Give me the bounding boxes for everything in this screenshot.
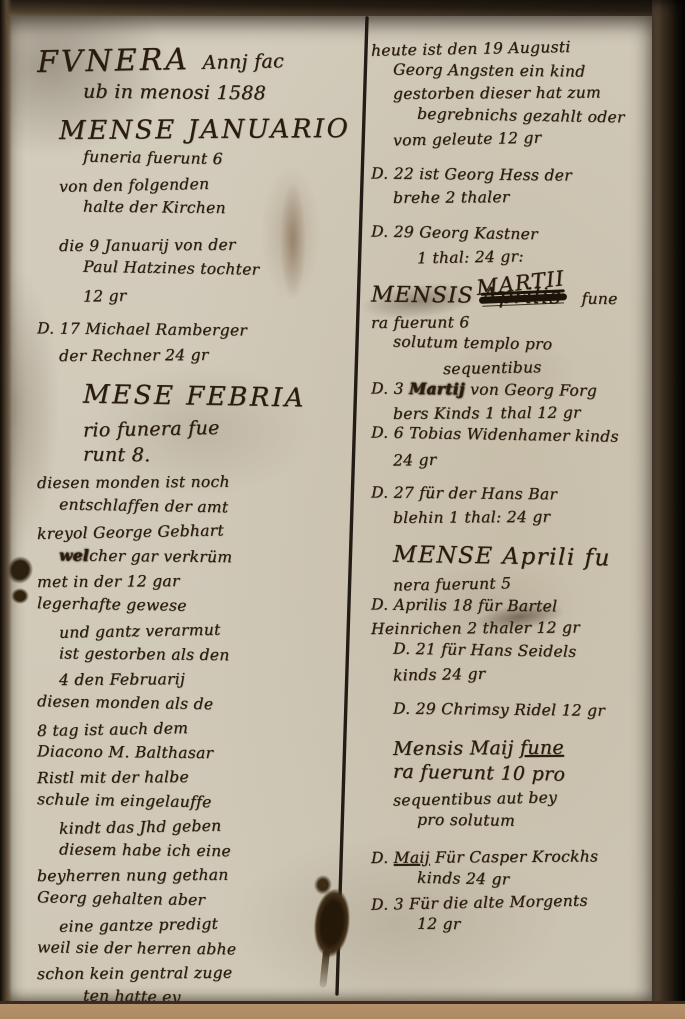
text-fragment: Ristl mit der halbe	[37, 768, 189, 787]
manuscript-line: sequentibus	[443, 357, 655, 377]
manuscript-line: D. 3 Für die alte Morgents	[371, 892, 655, 913]
text-fragment: cher gar verkrüm	[89, 546, 232, 565]
manuscript-line: FVNERA Annj fac	[37, 42, 354, 78]
text-fragment: heute ist den 19 Augusti	[371, 38, 571, 60]
manuscript-line: brehe 2 thaler	[393, 189, 655, 206]
text-fragment: Heinrichen 2 thaler 12 gr	[371, 619, 580, 638]
manuscript-line: diesen monden ist noch	[37, 474, 353, 492]
text-fragment: D. 6 Tobias Widenhamer kinds	[371, 423, 619, 445]
text-fragment: ist gestorben als den	[59, 644, 230, 664]
manuscript-line: 12 gr	[417, 916, 655, 934]
manuscript-line: bers Kinds 1 thal 12 gr	[393, 405, 655, 422]
manuscript-line: ist gestorben als den	[59, 646, 353, 665]
manuscript-line: D. 22 ist Georg Hess der	[371, 166, 655, 185]
manuscript-line: 12 gr	[83, 284, 353, 305]
manuscript-line: die 9 Januarij von der	[59, 236, 353, 254]
text-fragment: Mensis Maij	[393, 737, 520, 760]
text-fragment: Paul Hatzines tochter	[83, 258, 260, 279]
text-fragment: entschlaffen der amt	[59, 495, 229, 516]
text-fragment: 1 thal: 24 gr:	[417, 247, 524, 267]
text-fragment: 4 den Februarij	[59, 670, 185, 689]
right-column-text: heute ist den 19 AugustiGeorg Angsten ei…	[371, 34, 655, 933]
manuscript-line: D. Aprilis 18 für Bartel	[371, 597, 655, 616]
text-fragment: diesen monden ist noch	[37, 473, 230, 492]
manuscript-line: diesem habe ich eine	[59, 842, 353, 861]
text-fragment: pro solutum	[417, 810, 515, 829]
manuscript-line: runt 8.	[83, 446, 353, 468]
manuscript-line: Ristl mit der halbe	[37, 769, 353, 787]
manuscript-line: solutum templo pro	[393, 335, 655, 355]
text-fragment: und gantz verarmut	[59, 621, 221, 642]
text-fragment: rio funera fue	[83, 417, 220, 442]
manuscript-line: begrebnichs gezahlt oder	[417, 106, 655, 126]
manuscript-line: schon kein gentral zuge	[37, 965, 353, 983]
text-fragment: D.	[371, 849, 394, 867]
manuscript-line: legerhafte gewese	[37, 596, 353, 617]
text-fragment: D. 3	[371, 379, 409, 397]
manuscript-line: D. 21 für Hans Seidels	[393, 641, 655, 661]
text-fragment: ub in menosi 1588	[83, 81, 266, 105]
manuscript-line: entschlaffen der amt	[59, 497, 353, 518]
text-fragment: bers Kinds 1 thal 12 gr	[393, 403, 581, 422]
text-fragment: MENSE JANUARIO	[59, 114, 351, 146]
text-fragment: Georg Angsten ein kind	[393, 60, 586, 80]
text-fragment: diesem habe ich eine	[59, 840, 231, 860]
text-fragment: Georg gehalten aber	[37, 888, 205, 909]
text-fragment: Martij	[409, 379, 465, 399]
text-fragment: legerhafte gewese	[37, 594, 187, 615]
manuscript-line: ra fuerunt 6	[371, 313, 655, 331]
manuscript-line: kinds 24 gr	[417, 870, 655, 890]
manuscript-line: eine gantze predigt	[59, 914, 353, 935]
text-fragment: Maij	[394, 849, 430, 867]
text-fragment: MESE FEBRIA	[83, 380, 306, 414]
text-fragment: D. 3 Für die alte Morgents	[371, 892, 588, 914]
paper-stain	[11, 588, 29, 604]
manuscript-line: von den folgenden	[59, 174, 353, 195]
manuscript-line: D. 6 Tobias Widenhamer kinds	[371, 425, 655, 446]
text-fragment: kinds 24 gr	[417, 868, 510, 888]
text-fragment: schon kein gentral zuge	[37, 964, 232, 983]
manuscript-line: kreyol George Gebhart	[37, 521, 353, 543]
text-fragment: FVNERA	[37, 42, 203, 80]
text-fragment: weil sie der herren abhe	[37, 938, 236, 958]
text-fragment: D. 21 für Hans Seidels	[393, 639, 577, 660]
manuscript-line: ub in menosi 1588	[83, 83, 353, 105]
text-fragment: Für Casper Krockhs	[430, 847, 599, 866]
manuscript-photo: FVNERA Annj facub in menosi 1588MENSE JA…	[0, 0, 685, 1019]
manuscript-line: Diacono M. Balthasar	[37, 744, 353, 763]
text-fragment: der Rechner 24 gr	[59, 345, 209, 364]
text-fragment: 8 tag ist auch dem	[37, 719, 189, 740]
text-fragment: begrebnichs gezahlt oder	[417, 104, 625, 126]
text-fragment: D. 29 Georg Kastner	[371, 222, 538, 243]
manuscript-line: welcher gar verkrüm	[59, 547, 353, 567]
text-fragment: sequentibus aut bey	[393, 788, 557, 809]
text-fragment: halte der Kirchen	[83, 198, 226, 217]
text-fragment: von den folgenden	[59, 174, 210, 195]
manuscript-line: D. 29 Georg Kastner	[371, 224, 655, 245]
manuscript-line: Georg gehalten aber	[37, 890, 353, 911]
text-fragment: kinds 24 gr	[393, 665, 486, 685]
manuscript-line: D. Maij Für Casper Krockhs	[371, 849, 655, 867]
text-fragment: 24 gr	[393, 450, 437, 469]
left-column-text: FVNERA Annj facub in menosi 1588MENSE JA…	[37, 36, 353, 1003]
text-fragment: sequentibus	[443, 358, 542, 378]
manuscript-line: der Rechner 24 gr	[59, 346, 353, 364]
manuscript-line: Heinrichen 2 thaler 12 gr	[371, 620, 655, 638]
text-fragment: D. Aprilis 18 für Bartel	[371, 595, 557, 615]
text-fragment: 12 gr	[417, 914, 461, 932]
manuscript-line: met in der 12 gar	[37, 573, 353, 591]
manuscript-line: kindt das Jhd geben	[59, 816, 353, 837]
text-fragment: solutum templo pro	[393, 333, 553, 354]
manuscript-line: D. 29 Chrimsy Ridel 12 gr	[393, 701, 655, 719]
manuscript-line: Mensis Maij fune	[393, 738, 655, 759]
text-fragment: schule im eingelauffe	[37, 790, 212, 811]
manuscript-line: diesen monden als de	[37, 694, 353, 715]
text-fragment: kreyol George Gebhart	[37, 521, 224, 543]
manuscript-line: 1 thal: 24 gr:	[417, 247, 655, 267]
manuscript-line: weil sie der herren abhe	[37, 940, 353, 959]
manuscript-line: halte der Kirchen	[83, 200, 353, 218]
manuscript-line: kinds 24 gr	[393, 663, 655, 684]
text-fragment: wel	[59, 545, 89, 564]
book-fore-edge	[652, 0, 685, 1019]
manuscript-line: MENSE Aprili fu	[393, 544, 655, 572]
text-fragment: funeria fuerunt 6	[83, 148, 223, 168]
text-fragment: MENSE Aprili fu	[393, 542, 611, 572]
manuscript-line: pro solutum	[417, 812, 655, 830]
manuscript-line: beyherren nung gethan	[37, 867, 353, 885]
text-fragment: brehe 2 thaler	[393, 188, 510, 207]
manuscript-line: 24 gr	[393, 448, 655, 469]
text-fragment: D. 17 Michael Ramberger	[37, 319, 247, 339]
text-fragment: D. 29 Chrimsy Ridel 12 gr	[393, 699, 605, 719]
text-fragment: vom geleute 12 gr	[393, 129, 542, 150]
manuscript-line: schule im eingelauffe	[37, 792, 353, 813]
manuscript-line: D. 17 Michael Ramberger	[37, 321, 353, 340]
manuscript-line: ra fuerunt 10 pro	[393, 763, 655, 787]
manuscript-line: und gantz verarmut	[59, 620, 353, 641]
text-fragment: nera fuerunt 5	[393, 574, 512, 594]
manuscript-line: MENSIS AprilisMARTII fune	[371, 284, 655, 309]
manuscript-line: nera fuerunt 5	[393, 573, 655, 594]
manuscript-line: 8 tag ist auch dem	[37, 718, 353, 740]
manuscript-line: MENSE JANUARIO	[59, 116, 353, 144]
page-left-edge	[0, 0, 12, 1019]
manuscript-line: vom geleute 12 gr	[393, 128, 655, 149]
text-fragment: Diacono M. Balthasar	[37, 742, 213, 762]
manuscript-line: gestorben dieser hat zum	[393, 85, 655, 102]
manuscript-line: sequentibus aut bey	[393, 788, 655, 809]
text-fragment: D. 22 ist Georg Hess der	[371, 164, 572, 184]
manuscript-line: blehin 1 thal: 24 gr	[393, 509, 655, 526]
text-fragment: fune	[576, 289, 617, 307]
manuscript-line: 4 den Februarij	[59, 671, 353, 689]
text-fragment: fune	[520, 737, 564, 759]
manuscript-line: D. 27 für der Hans Bar	[371, 485, 655, 504]
text-fragment: blehin 1 thal: 24 gr	[393, 507, 550, 526]
text-fragment: ra fuerunt 10 pro	[393, 761, 566, 786]
manuscript-line: rio funera fue	[83, 416, 353, 440]
manuscript-line: D. 3 Martij von Georg Forg	[371, 380, 655, 400]
text-fragment: kindt das Jhd geben	[59, 817, 222, 838]
manuscript-line: Paul Hatzines tochter	[83, 260, 353, 280]
text-fragment: beyherren nung gethan	[37, 866, 229, 885]
text-fragment: D. 27 für der Hans Bar	[371, 483, 557, 503]
text-fragment: eine gantze predigt	[59, 915, 218, 936]
manuscript-line: Georg Angsten ein kind	[393, 62, 655, 80]
text-fragment: 12 gr	[83, 286, 127, 305]
manuscript-line: funeria fuerunt 6	[83, 150, 353, 170]
manuscript-line: MESE FEBRIA	[83, 382, 353, 413]
text-fragment: runt 8.	[83, 444, 151, 467]
text-fragment: met in der 12 gar	[37, 572, 180, 591]
manuscript-line: heute ist den 19 Augusti	[371, 38, 655, 59]
text-fragment: ra fuerunt 6	[371, 313, 470, 332]
manuscript-page: FVNERA Annj facub in menosi 1588MENSE JA…	[5, 16, 655, 1003]
text-fragment: MENSIS	[371, 282, 482, 308]
text-fragment: von Georg Forg	[465, 380, 597, 399]
text-fragment: diesen monden als de	[37, 692, 214, 713]
table-surface	[0, 1001, 685, 1019]
text-fragment: die 9 Januarij von der	[59, 235, 236, 254]
text-fragment: Annj fac	[202, 50, 284, 74]
text-fragment: gestorben dieser hat zum	[393, 83, 601, 102]
